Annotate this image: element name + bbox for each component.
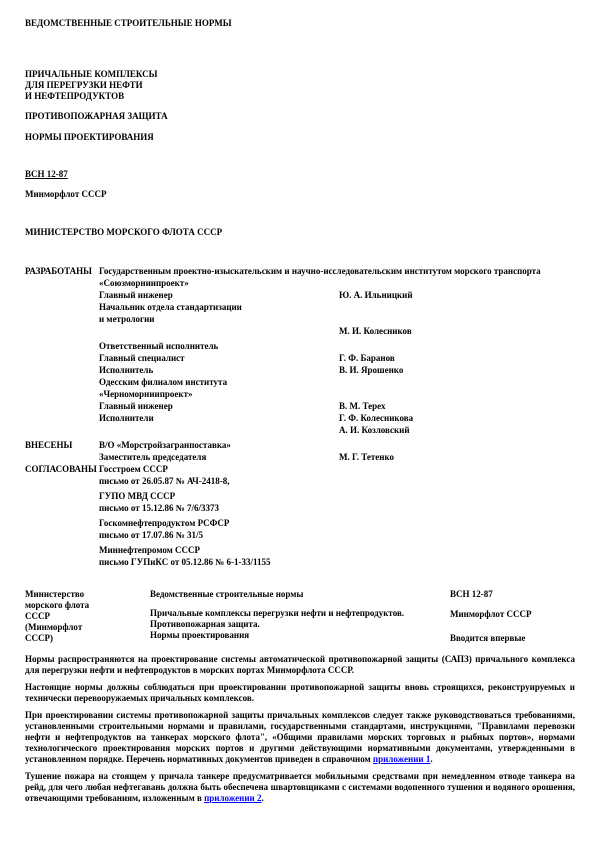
document-page: ВЕДОМСТВЕННЫЕ СТРОИТЕЛЬНЫЕ НОРМЫ ПРИЧАЛЬ… [0, 0, 595, 842]
stamp-doc-type: Ведомственные строительные нормы [150, 589, 450, 600]
credits-row: Главный инженер В. М. Терех [25, 400, 575, 412]
credits-row-text: Госстроем СССР [99, 463, 339, 475]
credits-row: ВНЕСЕНЫ В/О «Морстройзагранпоставка» [25, 439, 575, 451]
stamp-code: ВСН 12-87 [450, 589, 575, 600]
credits-row: письмо от 15.12.86 № 7/6/3373 [25, 502, 575, 514]
credits-row: Миннефтепромом СССР [25, 544, 575, 556]
credits-row-name: В. И. Ярошенко [339, 364, 575, 376]
appendix-2-link[interactable]: приложении 2 [204, 793, 261, 803]
doc-org: Минморфлот СССР [25, 189, 575, 200]
credits-row-name: Г. Ф. Колесникова [339, 412, 575, 424]
credits-row-text: Государственным проектно-изыскательским … [99, 265, 575, 289]
body-text: Нормы распространяются на проектирование… [25, 654, 575, 804]
credits-row: А. И. Козловский [25, 424, 575, 436]
credits-row-name: Г. Ф. Баранов [339, 352, 575, 364]
credits-row-name: М. И. Колесников [339, 325, 575, 337]
doc-subtitle-norms: НОРМЫ ПРОЕКТИРОВАНИЯ [25, 132, 575, 143]
credits-row: Главный инженер Ю. А. Ильницкий [25, 289, 575, 301]
paragraph-fire-extinguishing: Тушение пожара на стоящем у причала танк… [25, 771, 575, 804]
paragraph-fire-extinguishing-text: Тушение пожара на стоящем у причала танк… [25, 771, 575, 803]
credits-row-text: письмо от 17.07.86 № 31/5 [99, 529, 339, 541]
credits-block: РАЗРАБОТАНЫ Государственным проектно-изы… [25, 265, 575, 568]
credits-row-text: Начальник отдела стандартизации и метрол… [99, 301, 339, 325]
doc-title: ПРИЧАЛЬНЫЕ КОМПЛЕКСЫ ДЛЯ ПЕРЕГРУЗКИ НЕФТ… [25, 69, 575, 102]
credits-row-text: Миннефтепромом СССР [99, 544, 339, 556]
credits-row-text: Одесским филиалом института «Черноморнии… [99, 376, 339, 400]
credits-row-text: В/О «Морстройзагранпоставка» [99, 439, 339, 451]
paragraph-requirements: При проектировании системы противопожарн… [25, 710, 575, 765]
credits-row: М. И. Колесников [25, 325, 575, 337]
credits-row-label: СОГЛАСОВАНЫ [25, 463, 99, 475]
credits-row-text: Ответственный исполнитель [99, 340, 339, 352]
credits-row-text: Госкомнефтепродуктом РСФСР [99, 517, 339, 529]
credits-row-name: М. Г. Тетенко [339, 451, 575, 463]
credits-row-text: письмо ГУПиКС от 05.12.86 № 6-1-33/1155 [99, 556, 339, 568]
credits-row-text: письмо от 26.05.87 № АЧ-2418-8, [99, 475, 339, 487]
credits-row-text: Главный специалист [99, 352, 339, 364]
credits-row: ГУПО МВД СССР [25, 490, 575, 502]
credits-row-label: РАЗРАБОТАНЫ [25, 265, 99, 277]
credits-row: Главный специалист Г. Ф. Баранов [25, 352, 575, 364]
credits-row-text: Исполнитель [99, 364, 339, 376]
credits-row: РАЗРАБОТАНЫ Государственным проектно-изы… [25, 265, 575, 289]
credits-row: письмо ГУПиКС от 05.12.86 № 6-1-33/1155 [25, 556, 575, 568]
credits-row: Начальник отдела стандартизации и метрол… [25, 301, 575, 325]
paragraph-fire-extinguishing-end: . [262, 793, 264, 803]
credits-row: СОГЛАСОВАНЫ Госстроем СССР [25, 463, 575, 475]
stamp-table: Министерство морского флота СССР (Минмор… [25, 589, 575, 644]
credits-row-text: Главный инженер [99, 400, 339, 412]
paragraph-requirements-text: При проектировании системы противопожарн… [25, 710, 575, 764]
stamp-org: Минморфлот СССР [450, 609, 575, 620]
credits-row-text: письмо от 15.12.86 № 7/6/3373 [99, 502, 339, 514]
stamp-doc-title: Причальные комплексы перегрузки нефти и … [150, 608, 450, 641]
credits-row-name: А. И. Козловский [339, 424, 575, 436]
paragraph-compliance: Настоящие нормы должны соблюдаться при п… [25, 682, 575, 704]
credits-row-text: Заместитель председателя [99, 451, 339, 463]
paragraph-requirements-end: . [430, 754, 432, 764]
doc-subtitle-protection: ПРОТИВОПОЖАРНАЯ ЗАЩИТА [25, 111, 575, 122]
stamp-ministry-cell: Министерство морского флота СССР (Минмор… [25, 589, 150, 644]
stamp-title-cell: Ведомственные строительные нормы Причаль… [150, 589, 450, 644]
stamp-code-cell: ВСН 12-87 Минморфлот СССР Вводится вперв… [450, 589, 575, 644]
credits-row-text: ГУПО МВД СССР [99, 490, 339, 502]
appendix-1-link[interactable]: приложении 1 [373, 754, 430, 764]
credits-row: Одесским филиалом института «Черноморнии… [25, 376, 575, 400]
paragraph-scope: Нормы распространяются на проектирование… [25, 654, 575, 676]
credits-row: письмо от 26.05.87 № АЧ-2418-8, [25, 475, 575, 487]
credits-row: Заместитель председателя М. Г. Тетенко [25, 451, 575, 463]
credits-row: Исполнитель В. И. Ярошенко [25, 364, 575, 376]
credits-row-text: Главный инженер [99, 289, 339, 301]
doc-code: ВСН 12-87 [25, 169, 575, 180]
credits-row: письмо от 17.07.86 № 31/5 [25, 529, 575, 541]
stamp-first-issue-note: Вводится впервые [450, 633, 575, 644]
credits-row-text: Исполнители [99, 412, 339, 424]
credits-row-name: Ю. А. Ильницкий [339, 289, 575, 301]
credits-row: Госкомнефтепродуктом РСФСР [25, 517, 575, 529]
credits-row-name: В. М. Терех [339, 400, 575, 412]
doc-kicker: ВЕДОМСТВЕННЫЕ СТРОИТЕЛЬНЫЕ НОРМЫ [25, 18, 575, 29]
credits-row: Исполнители Г. Ф. Колесникова [25, 412, 575, 424]
credits-row: Ответственный исполнитель [25, 340, 575, 352]
ministry-heading: МИНИСТЕРСТВО МОРСКОГО ФЛОТА СССР [25, 227, 575, 238]
credits-row-label: ВНЕСЕНЫ [25, 439, 99, 451]
